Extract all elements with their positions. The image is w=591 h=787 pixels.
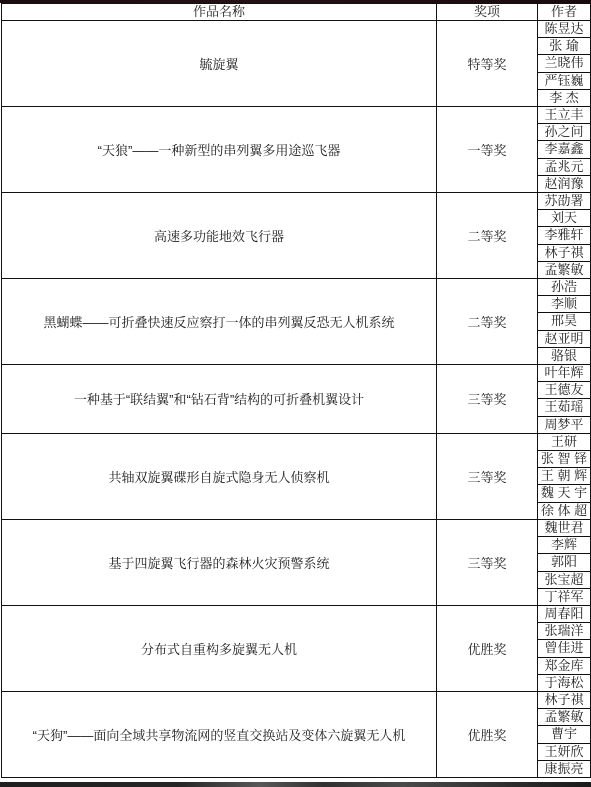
awards-table-body: 毓旋翼特等奖陈昱达张 瑜兰晓伟严钰巍李 杰“天狼”——一种新型的串列翼多用途巡飞…: [2, 21, 591, 778]
author-cell: 魏世君: [538, 519, 591, 536]
author-cell: 王 朝 辉: [538, 468, 591, 485]
author-cell: 周梦平: [538, 416, 591, 433]
table-row: 黑蝴蝶——可折叠快速反应察打一体的串列翼反恐无人机系统二等奖孙浩: [2, 279, 591, 296]
author-cell: 张 瑜: [538, 38, 591, 55]
scan-bottom-edge: [0, 782, 591, 787]
author-cell: 郭阳: [538, 554, 591, 571]
table-row: 基于四旋翼飞行器的森林火灾预警系统三等奖魏世君: [2, 519, 591, 536]
author-cell: 骆银: [538, 347, 591, 364]
work-title-cell: 共轴双旋翼碟形自旋式隐身无人侦察机: [2, 433, 437, 519]
column-header-author: 作者: [538, 4, 591, 21]
author-cell: 叶年辉: [538, 365, 591, 382]
column-header-work-title: 作品名称: [2, 4, 437, 21]
author-cell: 曹宇: [538, 726, 591, 743]
award-cell: 二等奖: [437, 193, 538, 279]
award-cell: 优胜奖: [437, 605, 538, 691]
author-cell: 孙之问: [538, 124, 591, 141]
author-cell: 李 杰: [538, 89, 591, 106]
author-cell: 王研: [538, 433, 591, 450]
author-cell: 王立丰: [538, 107, 591, 124]
author-cell: 赵润豫: [538, 175, 591, 192]
award-cell: 优胜奖: [437, 691, 538, 777]
author-cell: 王茹瑶: [538, 399, 591, 416]
author-cell: 兰晓伟: [538, 55, 591, 72]
author-cell: 张瑞洋: [538, 623, 591, 640]
author-cell: 李顺: [538, 296, 591, 313]
table-row: 一种基于“联结翼”和“钻石背”结构的可折叠机翼设计三等奖叶年辉: [2, 365, 591, 382]
author-cell: 王德友: [538, 382, 591, 399]
author-cell: 郑金库: [538, 657, 591, 674]
award-cell: 三等奖: [437, 519, 538, 605]
document-page: 作品名称 奖项 作者 毓旋翼特等奖陈昱达张 瑜兰晓伟严钰巍李 杰“天狼”——一种…: [0, 0, 591, 787]
author-cell: 李嘉鑫: [538, 141, 591, 158]
author-cell: 孙浩: [538, 279, 591, 296]
author-cell: 李辉: [538, 537, 591, 554]
author-cell: 林子祺: [538, 691, 591, 708]
author-cell: 孟繁敏: [538, 261, 591, 278]
work-title-cell: 黑蝴蝶——可折叠快速反应察打一体的串列翼反恐无人机系统: [2, 279, 437, 365]
author-cell: 苏劭署: [538, 193, 591, 210]
awards-table-header: 作品名称 奖项 作者: [2, 4, 591, 21]
author-cell: 张宝超: [538, 571, 591, 588]
award-cell: 三等奖: [437, 433, 538, 519]
author-cell: 刘天: [538, 210, 591, 227]
table-row: 高速多功能地效飞行器二等奖苏劭署: [2, 193, 591, 210]
work-title-cell: 高速多功能地效飞行器: [2, 193, 437, 279]
author-cell: 康振亮: [538, 760, 591, 777]
table-row: 毓旋翼特等奖陈昱达: [2, 21, 591, 38]
author-cell: 徐 体 超: [538, 502, 591, 519]
author-cell: 曾佳进: [538, 640, 591, 657]
author-cell: 丁祥军: [538, 588, 591, 605]
author-cell: 周春阳: [538, 605, 591, 622]
author-cell: 严钰巍: [538, 72, 591, 89]
header-row: 作品名称 奖项 作者: [2, 4, 591, 21]
author-cell: 赵亚明: [538, 330, 591, 347]
awards-table: 作品名称 奖项 作者 毓旋翼特等奖陈昱达张 瑜兰晓伟严钰巍李 杰“天狼”——一种…: [1, 3, 591, 778]
author-cell: 于海松: [538, 674, 591, 691]
author-cell: 张 智 铎: [538, 451, 591, 468]
award-cell: 一等奖: [437, 107, 538, 193]
author-cell: 李雅轩: [538, 227, 591, 244]
table-row: 共轴双旋翼碟形自旋式隐身无人侦察机三等奖王研: [2, 433, 591, 450]
author-cell: 魏 天 宇: [538, 485, 591, 502]
award-cell: 二等奖: [437, 279, 538, 365]
work-title-cell: “天狼”——一种新型的串列翼多用途巡飞器: [2, 107, 437, 193]
award-cell: 特等奖: [437, 21, 538, 107]
author-cell: 王妍欣: [538, 743, 591, 760]
work-title-cell: “天狗”——面向全域共享物流网的竖直交换站及变体六旋翼无人机: [2, 691, 437, 777]
author-cell: 孟繁敏: [538, 709, 591, 726]
work-title-cell: 毓旋翼: [2, 21, 437, 107]
author-cell: 林子祺: [538, 244, 591, 261]
table-row: “天狗”——面向全域共享物流网的竖直交换站及变体六旋翼无人机优胜奖林子祺: [2, 691, 591, 708]
award-cell: 三等奖: [437, 365, 538, 434]
author-cell: 陈昱达: [538, 21, 591, 38]
work-title-cell: 基于四旋翼飞行器的森林火灾预警系统: [2, 519, 437, 605]
table-row: 分布式自重构多旋翼无人机优胜奖周春阳: [2, 605, 591, 622]
work-title-cell: 一种基于“联结翼”和“钻石背”结构的可折叠机翼设计: [2, 365, 437, 434]
author-cell: 邢昊: [538, 313, 591, 330]
author-cell: 孟兆元: [538, 158, 591, 175]
table-row: “天狼”——一种新型的串列翼多用途巡飞器一等奖王立丰: [2, 107, 591, 124]
column-header-award: 奖项: [437, 4, 538, 21]
work-title-cell: 分布式自重构多旋翼无人机: [2, 605, 437, 691]
